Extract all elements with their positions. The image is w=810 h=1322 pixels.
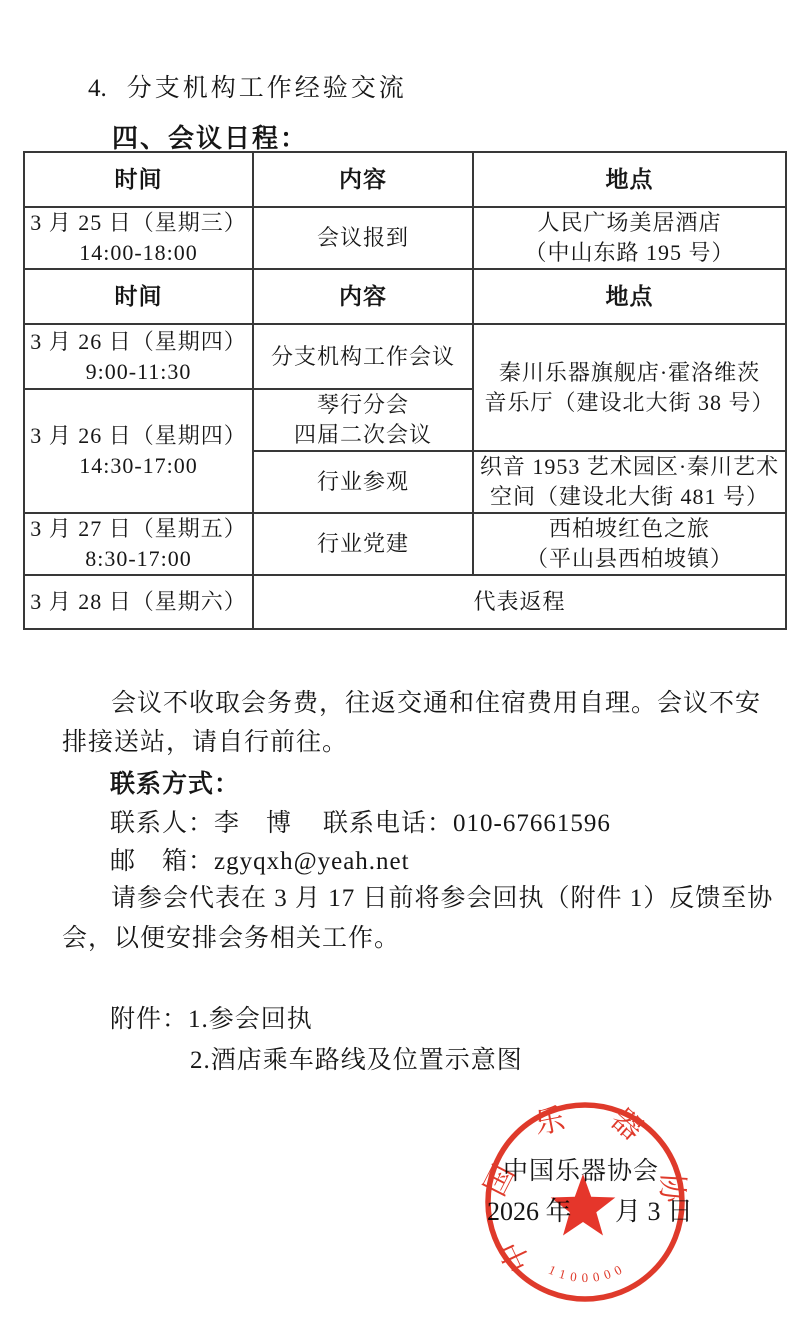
time-line-2: 14:30-17:00 (25, 451, 252, 481)
content-line-1: 琴行分会 (254, 390, 472, 420)
col-header-content-2: 内容 (253, 269, 473, 324)
place-line-1: 人民广场美居酒店 (474, 208, 785, 238)
attachments-label: 附件： (110, 1006, 188, 1033)
cell-content: 行业党建 (253, 513, 473, 575)
cell-time: 3 月 28 日（星期六） (24, 575, 253, 629)
reply-paragraph: 请参会代表在 3 月 17 日前将参会回执（附件 1）反馈至协 会，以便安排会务… (62, 879, 773, 959)
fee-line-1: 会议不收取会务费，往返交通和住宿费用自理。会议不安 (62, 684, 761, 723)
schedule-table: 时间 内容 地点 3 月 25 日（星期三） 14:00-18:00 会议报到 … (23, 151, 787, 630)
place-line-1: 织音 1953 艺术园区·秦川艺术 (474, 452, 785, 482)
cell-place-merged: 秦川乐器旗舰店·霍洛维茨 音乐厅（建设北大街 38 号） (473, 324, 786, 451)
time-line-2: 8:30-17:00 (25, 544, 252, 574)
col-header-content: 内容 (253, 152, 473, 207)
section-heading: 四、会议日程： (112, 118, 308, 155)
cell-content-merged: 代表返程 (253, 575, 786, 629)
time-line-1: 3 月 25 日（星期三） (25, 208, 252, 238)
seal-star-icon (551, 1174, 616, 1236)
fee-line-2: 排接送站，请自行前往。 (62, 723, 761, 762)
cell-time: 3 月 26 日（星期四） 9:00-11:30 (24, 324, 253, 389)
place-line-2: （平山县西柏坡镇） (474, 544, 785, 574)
attachment-line-2: 2.酒店乘车路线及位置示意图 (110, 1040, 523, 1081)
place-line-1: 西柏坡红色之旅 (474, 514, 785, 544)
col-header-place: 地点 (473, 152, 786, 207)
place-line-2: 空间（建设北大街 481 号） (474, 482, 785, 512)
attachment-line-1: 附件：1.参会回执 (110, 999, 523, 1040)
time-line-2: 9:00-11:30 (25, 357, 252, 387)
table-row-branch-meeting: 3 月 26 日（星期四） 9:00-11:30 分支机构工作会议 秦川乐器旗舰… (24, 324, 786, 389)
cell-place: 人民广场美居酒店 （中山东路 195 号） (473, 207, 786, 269)
official-seal-stamp: 中国乐器协会 1100000054766 (480, 1097, 690, 1307)
table-row-return: 3 月 28 日（星期六） 代表返程 (24, 575, 786, 629)
time-line-2: 14:00-18:00 (25, 238, 252, 268)
contact-heading: 联系方式： (110, 764, 240, 800)
attachments-block: 附件：1.参会回执 2.酒店乘车路线及位置示意图 (110, 999, 523, 1081)
contact-phone: 联系电话：010-67661596 (323, 810, 611, 837)
place-line-2: （中山东路 195 号） (474, 238, 785, 268)
time-line-1: 3 月 27 日（星期五） (25, 514, 252, 544)
col-header-place-2: 地点 (473, 269, 786, 324)
cell-content: 琴行分会 四届二次会议 (253, 389, 473, 451)
contact-person: 联系人：李 博 (110, 803, 323, 839)
table-header-row-2: 时间 内容 地点 (24, 269, 786, 324)
contact-email: 邮 箱：zgyqxh@yeah.net (110, 841, 410, 877)
attachment-item-1: 1.参会回执 (188, 1006, 313, 1033)
cell-time-merged: 3 月 26 日（星期四） 14:30-17:00 (24, 389, 253, 513)
table-header-row: 时间 内容 地点 (24, 152, 786, 207)
document-page: 4.分支机构工作经验交流 四、会议日程： 时间 内容 地点 3 月 25 日（星… (0, 0, 810, 1322)
col-header-time: 时间 (24, 152, 253, 207)
place-line-2: 音乐厅（建设北大街 38 号） (474, 388, 785, 418)
table-row-checkin: 3 月 25 日（星期三） 14:00-18:00 会议报到 人民广场美居酒店 … (24, 207, 786, 269)
reply-line-2: 会，以便安排会务相关工作。 (62, 919, 773, 959)
contact-line: 联系人：李 博联系电话：010-67661596 (110, 803, 611, 839)
table-row-party-building: 3 月 27 日（星期五） 8:30-17:00 行业党建 西柏坡红色之旅 （平… (24, 513, 786, 575)
cell-content: 会议报到 (253, 207, 473, 269)
cell-time: 3 月 25 日（星期三） 14:00-18:00 (24, 207, 253, 269)
content-line-2: 四届二次会议 (254, 420, 472, 450)
attachment-item-2: 2.酒店乘车路线及位置示意图 (190, 1047, 523, 1074)
reply-line-1: 请参会代表在 3 月 17 日前将参会回执（附件 1）反馈至协 (62, 879, 773, 919)
time-line-1: 3 月 26 日（星期四） (25, 421, 252, 451)
agenda-item-number: 4. (88, 75, 107, 102)
cell-place: 织音 1953 艺术园区·秦川艺术 空间（建设北大街 481 号） (473, 451, 786, 513)
fee-paragraph: 会议不收取会务费，往返交通和住宿费用自理。会议不安 排接送站，请自行前往。 (62, 684, 761, 762)
cell-place: 西柏坡红色之旅 （平山县西柏坡镇） (473, 513, 786, 575)
col-header-time-2: 时间 (24, 269, 253, 324)
time-line-1: 3 月 26 日（星期四） (25, 327, 252, 357)
cell-time: 3 月 27 日（星期五） 8:30-17:00 (24, 513, 253, 575)
cell-content: 分支机构工作会议 (253, 324, 473, 389)
agenda-item-4: 4.分支机构工作经验交流 (88, 68, 407, 104)
cell-content: 行业参观 (253, 451, 473, 513)
place-line-1: 秦川乐器旗舰店·霍洛维茨 (474, 358, 785, 388)
agenda-item-text: 分支机构工作经验交流 (127, 75, 407, 102)
